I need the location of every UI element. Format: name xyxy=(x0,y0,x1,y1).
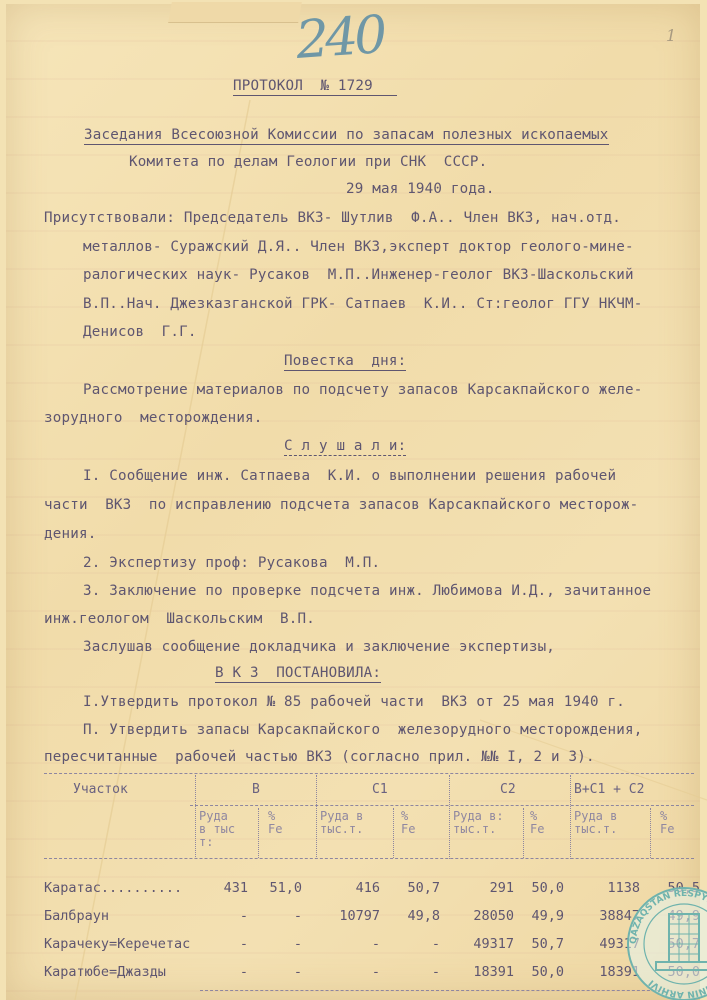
subheader-fe: % Fe xyxy=(401,810,415,836)
fe-percent: - xyxy=(242,908,302,924)
plot-name: Каратюбе=Джазды xyxy=(44,964,166,980)
agenda-line: зорудного месторождения. xyxy=(44,410,263,426)
attendees-line: В.П..Нач. Джезказганской ГРК- Сатпаев К.… xyxy=(83,296,642,312)
archive-stamp: QAZAQSTAN RESPÝBLIKASY PREZIDENTINIŃ ARH… xyxy=(624,884,707,1000)
column-divider xyxy=(570,775,571,859)
subheader-fe: % Fe xyxy=(530,810,544,836)
heard-line: 2. Экспертизу проф: Русакова М.П. xyxy=(83,555,380,571)
fe-percent: - xyxy=(380,964,440,980)
heard-line: 3. Заключение по проверке подсчета инж. … xyxy=(83,583,651,599)
subheader-ore: Руда в тыс.т. xyxy=(320,810,363,836)
protocol-title: ПРОТОКОЛ № 1729 xyxy=(233,78,397,96)
fe-percent: 49,8 xyxy=(380,908,440,924)
table-rule xyxy=(190,805,694,806)
column-divider xyxy=(195,775,196,859)
commission-name: Заседания Всесоюзной Комиссии по запасам… xyxy=(84,127,609,145)
meeting-date: 29 мая 1940 года. xyxy=(346,181,495,197)
subheader-ore: Руда в тыс.т. xyxy=(574,810,617,836)
heard-line: I. Сообщение инж. Сатпаева К.И. о выполн… xyxy=(83,468,616,484)
fe-percent: 50,7 xyxy=(380,880,440,896)
pencil-mark: 1 xyxy=(666,26,676,45)
table-rule xyxy=(44,773,694,774)
header-category-total: B+C1 + C2 xyxy=(574,782,644,797)
column-divider xyxy=(316,775,317,859)
heard-line: части ВКЗ по исправлению подсчета запасо… xyxy=(44,497,638,513)
agenda-heading: Повестка дня: xyxy=(284,353,406,371)
fe-percent: 51,0 xyxy=(242,880,302,896)
subheader-fe: % Fe xyxy=(268,810,282,836)
fe-percent: 50,0 xyxy=(504,964,564,980)
ore-value: - xyxy=(188,964,248,980)
attendees-line: ралогических наук- Русаков М.П..Инженер-… xyxy=(83,267,634,283)
column-divider xyxy=(523,808,524,858)
ore-value: 431 xyxy=(188,880,248,896)
ore-value: - xyxy=(188,908,248,924)
plot-name: Карачеку=Керечетас xyxy=(44,936,190,952)
attendees-line: металлов- Суражский Д.Я.. Член ВКЗ,экспе… xyxy=(83,239,634,255)
heard-heading: С л у ш а л и: xyxy=(284,438,406,456)
attendees-line: Денисов Г.Г. xyxy=(83,324,197,340)
torn-paper-fold xyxy=(168,2,302,23)
heard-line: Заслушав сообщение докладчика и заключен… xyxy=(83,639,555,655)
plot-name: Каратас.......... xyxy=(44,880,182,896)
header-category-c1: C1 xyxy=(372,782,388,797)
column-divider xyxy=(258,808,259,858)
resolution-heading: В К З ПОСТАНОВИЛА: xyxy=(215,665,381,683)
resolution-line: П. Утвердить запасы Карсакпайского желез… xyxy=(83,722,642,738)
subheader-ore: Руда в: тыс.т. xyxy=(453,810,504,836)
table-rule xyxy=(44,858,694,859)
committee-name: Комитета по делам Геологии при СНК СССР. xyxy=(129,154,487,170)
ore-value: - xyxy=(320,964,380,980)
column-divider xyxy=(393,808,394,858)
fe-percent: - xyxy=(380,936,440,952)
fe-percent: 50,0 xyxy=(504,880,564,896)
attendees-line: Присутствовали: Председатель ВКЗ- Шутлив… xyxy=(44,210,621,226)
ore-value: 416 xyxy=(320,880,380,896)
ore-value: - xyxy=(188,936,248,952)
fe-percent: - xyxy=(242,936,302,952)
plot-name: Балбраун xyxy=(44,908,109,924)
heard-line: инж.геологом Шаскольским В.П. xyxy=(44,611,315,627)
subheader-fe: % Fe xyxy=(660,810,674,836)
fe-percent: - xyxy=(242,964,302,980)
table-rule xyxy=(200,990,670,991)
subheader-ore: Руда в тыс т: xyxy=(199,810,235,849)
handwritten-page-number: 240 xyxy=(294,5,385,71)
agenda-line: Рассмотрение материалов по подсчету запа… xyxy=(83,382,642,398)
header-category-c2: C2 xyxy=(500,782,516,797)
resolution-line: I.Утвердить протокол № 85 рабочей части … xyxy=(83,694,625,710)
resolution-line: пересчитанные рабочей частью ВКЗ (соглас… xyxy=(44,749,595,765)
column-divider xyxy=(449,775,450,859)
ore-value: 10797 xyxy=(320,908,380,924)
column-divider xyxy=(650,808,651,858)
ore-value: - xyxy=(320,936,380,952)
heard-line: дения. xyxy=(44,526,96,542)
header-category-b: B xyxy=(252,782,260,797)
fe-percent: 50,7 xyxy=(504,936,564,952)
header-plot: Участок xyxy=(73,782,128,797)
fe-percent: 49,9 xyxy=(504,908,564,924)
